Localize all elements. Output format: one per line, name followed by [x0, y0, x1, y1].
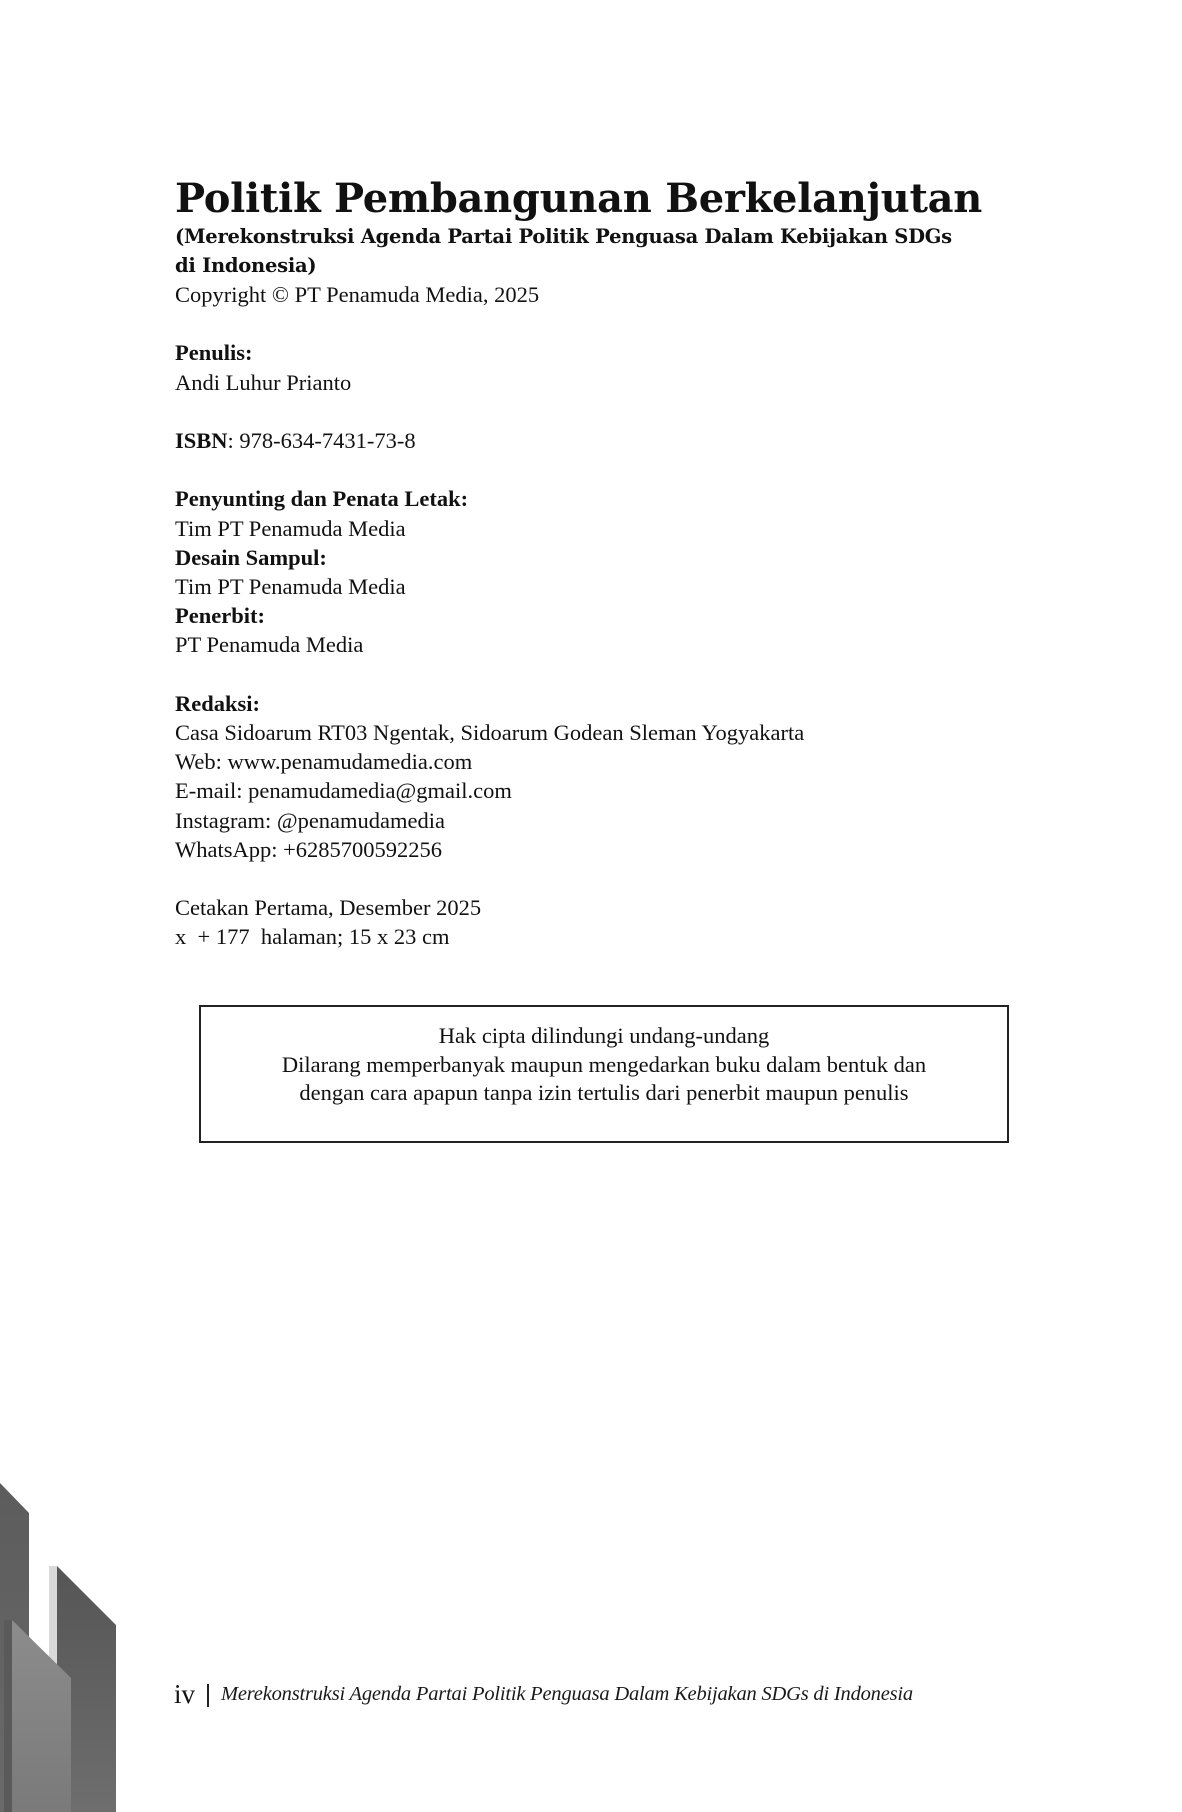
redaksi-address: Casa Sidoarum RT03 Ngentak, Sidoarum God… [175, 718, 1035, 747]
notice-line-2: Dilarang memperbanyak maupun mengedarkan… [201, 1051, 1007, 1080]
copyright-page-content: Politik Pembangunan Berkelanjutan (Merek… [175, 176, 1035, 952]
publisher-value: PT Penamuda Media [175, 630, 1035, 659]
editor-value: Tim PT Penamuda Media [175, 514, 1035, 543]
copyright-notice: Copyright © PT Penamuda Media, 2025 [175, 280, 1035, 309]
cover-design-label: Desain Sampul: [175, 543, 1035, 572]
redaksi-whatsapp: WhatsApp: +6285700592256 [175, 835, 1035, 864]
book-subtitle-line-2: di Indonesia) [175, 251, 1015, 280]
redaksi-label: Redaksi: [175, 689, 1035, 718]
redaksi-instagram: Instagram: @penamudamedia [175, 806, 1035, 835]
page-footer: iv Merekonstruksi Agenda Partai Politik … [174, 1677, 913, 1711]
spacer [175, 660, 1035, 689]
editor-label: Penyunting dan Penata Letak: [175, 484, 1035, 513]
spacer [175, 309, 1035, 338]
book-page: Politik Pembangunan Berkelanjutan (Merek… [0, 0, 1182, 1812]
notice-line-3: dengan cara apapun tanpa izin tertulis d… [201, 1079, 1007, 1108]
edition-printing: Cetakan Pertama, Desember 2025 [175, 893, 1035, 922]
isbn-line: ISBN: 978-634-7431-73-8 [175, 426, 1035, 455]
book-subtitle: (Merekonstruksi Agenda Partai Politik Pe… [175, 222, 1015, 280]
publisher-label: Penerbit: [175, 601, 1035, 630]
redaksi-web: Web: www.penamudamedia.com [175, 747, 1035, 776]
buildings-graphic-icon [0, 1470, 130, 1812]
spacer [175, 397, 1035, 426]
copyright-warning-box: Hak cipta dilindungi undang-undang Dilar… [199, 1005, 1009, 1143]
edition-pages-size: x + 177 halaman; 15 x 23 cm [175, 922, 1035, 951]
book-title: Politik Pembangunan Berkelanjutan [175, 176, 1035, 222]
isbn-label: ISBN [175, 428, 228, 453]
spacer [175, 455, 1035, 484]
notice-line-1: Hak cipta dilindungi undang-undang [201, 1022, 1007, 1051]
cover-design-value: Tim PT Penamuda Media [175, 572, 1035, 601]
book-subtitle-line-1: (Merekonstruksi Agenda Partai Politik Pe… [175, 222, 1015, 251]
spacer [175, 864, 1035, 893]
author-label: Penulis: [175, 338, 1035, 367]
footer-divider [207, 1684, 209, 1707]
redaksi-email: E-mail: penamudamedia@gmail.com [175, 776, 1035, 805]
page-number: iv [174, 1679, 195, 1709]
author-name: Andi Luhur Prianto [175, 368, 1035, 397]
isbn-value: : 978-634-7431-73-8 [228, 428, 416, 453]
running-title: Merekonstruksi Agenda Partai Politik Pen… [221, 1679, 913, 1709]
